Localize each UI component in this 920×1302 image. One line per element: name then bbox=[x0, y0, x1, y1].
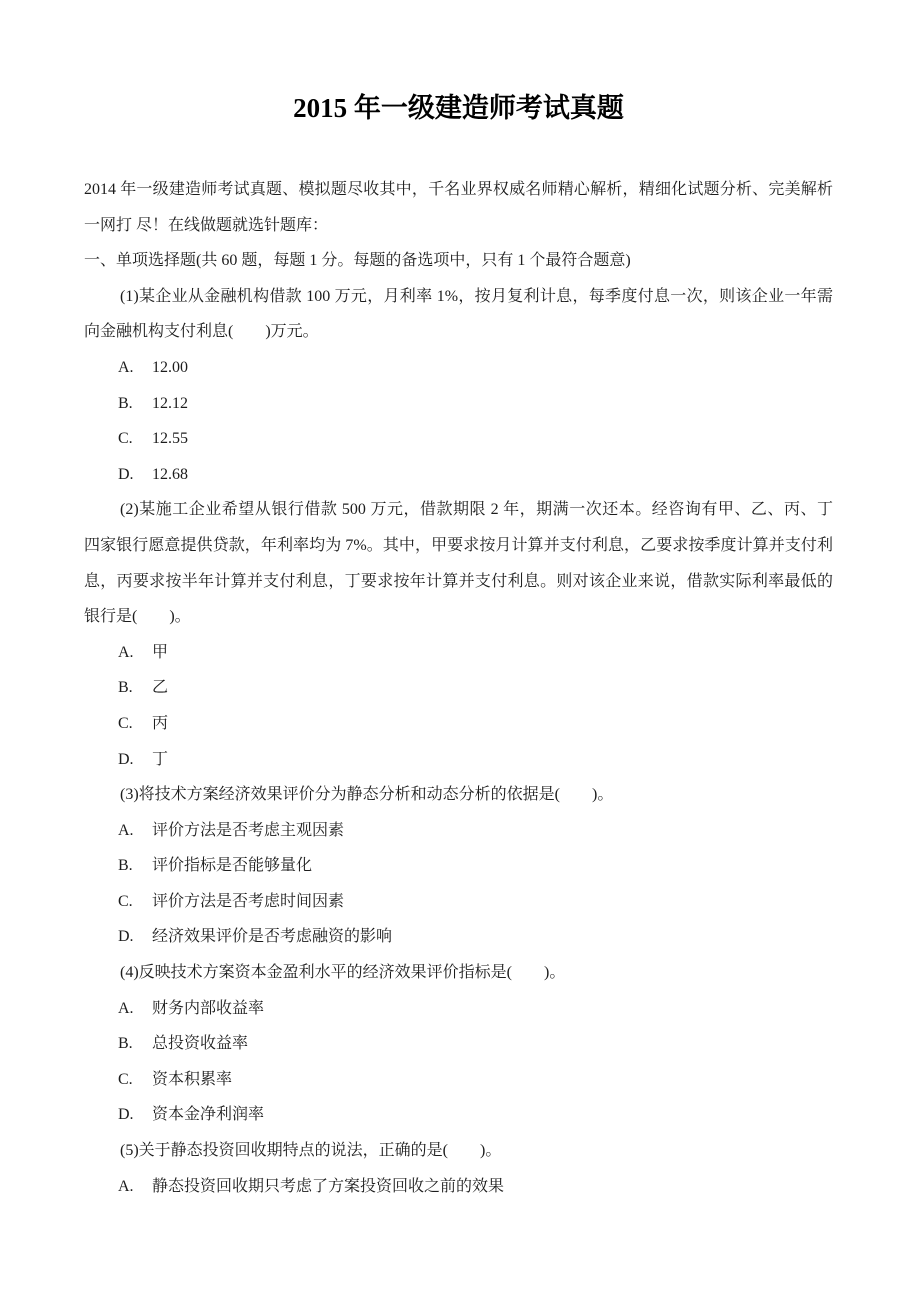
option-item: A.静态投资回收期只考虑了方案投资回收之前的效果 bbox=[84, 1169, 833, 1205]
option-item: A.财务内部收益率 bbox=[84, 991, 833, 1027]
option-text: 资本金净利润率 bbox=[152, 1106, 264, 1123]
question-stem-line: 向金融机构支付利息( )万元。 bbox=[84, 314, 833, 350]
option-text: 静态投资回收期只考虑了方案投资回收之前的效果 bbox=[152, 1178, 504, 1195]
intro-line: 一网打 尽！在线做题就选针题库： bbox=[84, 208, 833, 244]
option-text: 丁 bbox=[152, 751, 168, 768]
question-stem-line: 息，丙要求按半年计算并支付利息，丁要求按年计算并支付利息。则对该企业来说，借款实… bbox=[84, 564, 833, 600]
question-5: (5)关于静态投资回收期特点的说法，正确的是( )。 A.静态投资回收期只考虑了… bbox=[84, 1133, 833, 1204]
option-text: 12.00 bbox=[152, 359, 188, 376]
option-label: C. bbox=[118, 421, 152, 457]
option-label: D. bbox=[118, 457, 152, 493]
option-label: C. bbox=[118, 706, 152, 742]
option-text: 评价指标是否能够量化 bbox=[152, 857, 312, 874]
option-item: A.评价方法是否考虑主观因素 bbox=[84, 813, 833, 849]
option-text: 评价方法是否考虑时间因素 bbox=[152, 893, 344, 910]
option-label: D. bbox=[118, 1097, 152, 1133]
option-text: 12.55 bbox=[152, 430, 188, 447]
question-4: (4)反映技术方案资本金盈利水平的经济效果评价指标是( )。 A.财务内部收益率… bbox=[84, 955, 833, 1133]
option-label: B. bbox=[118, 670, 152, 706]
question-3: (3)将技术方案经济效果评价分为静态分析和动态分析的依据是( )。 A.评价方法… bbox=[84, 777, 833, 955]
option-text: 经济效果评价是否考虑融资的影响 bbox=[152, 928, 392, 945]
option-text: 总投资收益率 bbox=[152, 1035, 248, 1052]
option-item: C.评价方法是否考虑时间因素 bbox=[84, 884, 833, 920]
question-2: (2)某施工企业希望从银行借款 500 万元，借款期限 2 年，期满一次还本。经… bbox=[84, 492, 833, 777]
option-text: 资本积累率 bbox=[152, 1071, 232, 1088]
option-item: D.资本金净利润率 bbox=[84, 1097, 833, 1133]
option-label: C. bbox=[118, 1062, 152, 1098]
question-stem-line: (4)反映技术方案资本金盈利水平的经济效果评价指标是( )。 bbox=[84, 955, 833, 991]
option-label: A. bbox=[118, 813, 152, 849]
option-item: C.丙 bbox=[84, 706, 833, 742]
question-stem-line: (5)关于静态投资回收期特点的说法，正确的是( )。 bbox=[84, 1133, 833, 1169]
option-text: 丙 bbox=[152, 715, 168, 732]
option-item: D.12.68 bbox=[84, 457, 833, 493]
option-label: A. bbox=[118, 1169, 152, 1205]
option-label: B. bbox=[118, 1026, 152, 1062]
option-label: B. bbox=[118, 386, 152, 422]
question-stem-line: (2)某施工企业希望从银行借款 500 万元，借款期限 2 年，期满一次还本。经… bbox=[84, 492, 833, 528]
option-text: 乙 bbox=[152, 679, 168, 696]
option-item: B.评价指标是否能够量化 bbox=[84, 848, 833, 884]
option-label: C. bbox=[118, 884, 152, 920]
section-heading-text: 一、单项选择题(共 60 题，每题 1 分。每题的备选项中，只有 1 个最符合题… bbox=[84, 243, 833, 279]
option-item: B.12.12 bbox=[84, 386, 833, 422]
option-label: D. bbox=[118, 742, 152, 778]
option-text: 甲 bbox=[152, 644, 168, 661]
option-item: B.总投资收益率 bbox=[84, 1026, 833, 1062]
question-stem-line: (1)某企业从金融机构借款 100 万元，月利率 1%，按月复利计息，每季度付息… bbox=[84, 279, 833, 315]
page-title: 2015 年一级建造师考试真题 bbox=[84, 88, 833, 128]
question-stem-line: 四家银行愿意提供贷款，年利率均为 7%。其中，甲要求按月计算并支付利息，乙要求按… bbox=[84, 528, 833, 564]
question-1: (1)某企业从金融机构借款 100 万元，月利率 1%，按月复利计息，每季度付息… bbox=[84, 279, 833, 493]
section-heading: 一、单项选择题(共 60 题，每题 1 分。每题的备选项中，只有 1 个最符合题… bbox=[84, 243, 833, 279]
intro-line: 2014 年一级建造师考试真题、模拟题尽收其中，千名业界权威名师精心解析，精细化… bbox=[84, 172, 833, 208]
option-item: B.乙 bbox=[84, 670, 833, 706]
option-item: C.资本积累率 bbox=[84, 1062, 833, 1098]
option-item: D.丁 bbox=[84, 742, 833, 778]
option-item: D.经济效果评价是否考虑融资的影响 bbox=[84, 919, 833, 955]
option-item: A.12.00 bbox=[84, 350, 833, 386]
option-label: B. bbox=[118, 848, 152, 884]
option-label: A. bbox=[118, 635, 152, 671]
intro-paragraph: 2014 年一级建造师考试真题、模拟题尽收其中，千名业界权威名师精心解析，精细化… bbox=[84, 172, 833, 243]
option-item: A.甲 bbox=[84, 635, 833, 671]
question-stem-line: 银行是( )。 bbox=[84, 599, 833, 635]
option-text: 12.12 bbox=[152, 395, 188, 412]
question-stem-line: (3)将技术方案经济效果评价分为静态分析和动态分析的依据是( )。 bbox=[84, 777, 833, 813]
option-item: C.12.55 bbox=[84, 421, 833, 457]
option-label: D. bbox=[118, 919, 152, 955]
document-page: 2015 年一级建造师考试真题 2014 年一级建造师考试真题、模拟题尽收其中，… bbox=[0, 0, 920, 1302]
option-label: A. bbox=[118, 991, 152, 1027]
option-text: 12.68 bbox=[152, 466, 188, 483]
option-text: 财务内部收益率 bbox=[152, 1000, 264, 1017]
option-text: 评价方法是否考虑主观因素 bbox=[152, 822, 344, 839]
option-label: A. bbox=[118, 350, 152, 386]
